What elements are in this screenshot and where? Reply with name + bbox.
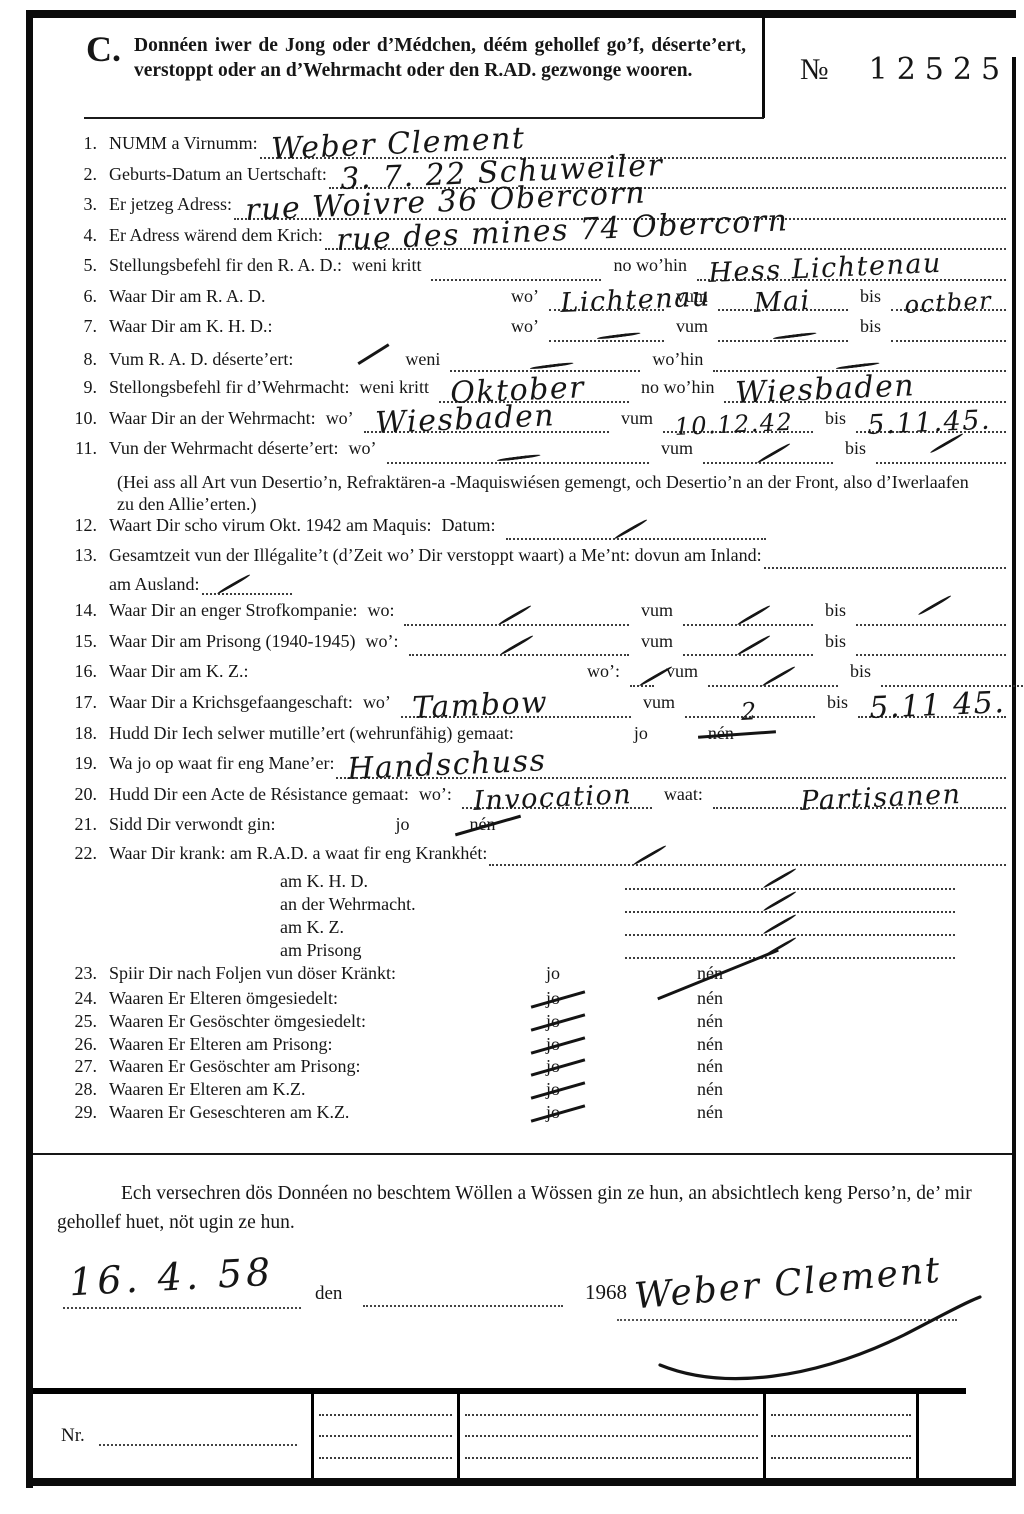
footer-dotted-line xyxy=(319,1414,452,1416)
jo-option-cell: jo xyxy=(493,988,613,1009)
answer-line: octber xyxy=(891,286,1006,317)
connector-bis: bis xyxy=(835,438,874,459)
nen-option-struck: nén xyxy=(697,963,723,984)
jo-option-cell: jo xyxy=(493,1034,613,1055)
answer-line xyxy=(856,600,1006,631)
item-number: 16. xyxy=(55,661,109,682)
form-row-23: 23.Spiir Dir nach Foljen vun döser Kränk… xyxy=(33,963,1012,988)
item-number: 1. xyxy=(55,133,109,154)
sub-item-label: am K. Z. xyxy=(280,917,490,938)
date-line xyxy=(63,1307,301,1309)
item-label: Stellungsbefehl fir den R. A. D.: xyxy=(109,255,342,276)
connector-weni-kritt: weni kritt xyxy=(342,255,430,276)
item-number: 19. xyxy=(55,753,109,774)
page-border-left xyxy=(26,10,33,1488)
dash-mark xyxy=(597,324,635,344)
form-row-6: 6. Waar Dir am R. A. D. wo’ Lichtenau vu… xyxy=(33,286,1012,317)
jo-option: jo xyxy=(396,814,410,835)
item-number: 15. xyxy=(55,631,109,652)
item-number: 22. xyxy=(55,843,109,864)
form-row-25: 25.Waaren Er Gesöschter ömgesiedelt: jo … xyxy=(33,1011,1012,1034)
form-row-14: 14. Waar Dir an enger Strofkompanie: wo:… xyxy=(33,600,1012,631)
connector-vum: vum xyxy=(651,438,701,459)
form-row-13b: am Ausland: xyxy=(33,574,1012,600)
item-number: 3. xyxy=(55,194,109,215)
answer-line: Hess Lichtenau xyxy=(697,255,1006,286)
form-row-22-sub: an der Wehrmacht. xyxy=(33,894,1012,917)
answer-line xyxy=(431,255,601,286)
checkmark xyxy=(499,608,537,628)
nen-option: nén xyxy=(613,1056,937,1077)
item-label: Waaren Er Gesöschter ömgesiedelt: xyxy=(109,1011,366,1032)
checkmark xyxy=(763,669,801,689)
connector-vum: vum xyxy=(631,631,681,652)
form-note: (Hei ass all Art vun Desertio’n, Refrakt… xyxy=(33,469,1012,515)
connector-vum: vum xyxy=(611,408,661,429)
page-border-bottom xyxy=(26,1478,1016,1486)
connector-wo: wo’: xyxy=(356,631,407,652)
form-row-7: 7. Waar Dir am K. H. D.: wo’ vum bis xyxy=(33,316,1012,347)
connector-bis: bis xyxy=(815,631,854,652)
checkmark xyxy=(931,446,969,466)
checkmark xyxy=(764,871,802,891)
dash-mark xyxy=(773,324,811,344)
connector-bis: bis xyxy=(850,286,889,307)
jo-option-struck: jo xyxy=(546,988,560,1009)
handwritten-value: Invocation xyxy=(473,781,633,815)
answer-line xyxy=(202,574,292,600)
item-label: Stellongsbefehl fir d’Wehrmacht: xyxy=(109,377,349,398)
declaration-paragraph: Ech versechren dös Donnéen no beschtem W… xyxy=(57,1179,998,1238)
item-label: Er Adress wärend dem Krich: xyxy=(109,225,323,246)
form-row-24: 24.Waaren Er Elteren ömgesiedelt: jo nén xyxy=(33,988,1012,1011)
sub-item-label: an der Wehrmacht. xyxy=(280,894,490,915)
handwritten-date: 16. 4. 58 xyxy=(68,1250,275,1305)
answer-line: 5.11 45. xyxy=(858,692,1006,723)
item-number: 26. xyxy=(55,1034,109,1055)
connector-bis: bis xyxy=(815,408,854,429)
item-label: Waar Dir an enger Strofkompanie: xyxy=(109,600,357,621)
checkmark xyxy=(634,848,672,868)
item-label: Wa jo op waat fir eng Mane’er: xyxy=(109,753,334,774)
handwritten-value: Lichtenau xyxy=(560,283,711,317)
checkmark xyxy=(738,608,776,628)
jo-option-struck: jo xyxy=(546,1034,560,1055)
jo-option-cell: jo xyxy=(493,1079,613,1100)
header-rule xyxy=(84,117,764,119)
answer-line xyxy=(625,940,955,963)
item-number: 5. xyxy=(55,255,109,276)
connector-wo: wo’: xyxy=(577,661,628,682)
checkmark xyxy=(615,522,653,542)
item-number: 21. xyxy=(55,814,109,835)
connector-wohin: wo’hin xyxy=(642,349,711,370)
form-title: Donnéen iwer de Jong oder d’Médchen, déé… xyxy=(134,33,746,84)
page-border-right xyxy=(1012,57,1016,1486)
item-label: Waar Dir a Krichsgefaangeschaft: xyxy=(109,692,353,713)
jo-option-cell: jo xyxy=(493,1011,613,1032)
checkmark xyxy=(758,446,796,466)
item-label: Waar Dir am R. A. D. xyxy=(109,286,501,307)
footer-cell xyxy=(763,1394,916,1478)
item-label-group: 25.Waaren Er Gesöschter ömgesiedelt: xyxy=(55,1011,493,1032)
form-row-12: 12. Waart Dir scho virum Okt. 1942 am Ma… xyxy=(33,515,1012,546)
item-number: 18. xyxy=(55,723,109,744)
connector-wo: wo: xyxy=(357,600,402,621)
answer-line xyxy=(708,661,838,692)
footer-cell xyxy=(311,1394,457,1478)
form-row-10: 10. Waar Dir an der Wehrmacht: wo’ Wiesb… xyxy=(33,408,1012,439)
footer-dotted-line xyxy=(771,1435,911,1437)
item-label: Waar Dir am K. H. D.: xyxy=(109,316,501,337)
answer-line xyxy=(703,438,833,469)
connector-bis: bis xyxy=(840,661,879,682)
item-number: 12. xyxy=(55,515,109,536)
answer-line xyxy=(891,316,1006,347)
item-number: 14. xyxy=(55,600,109,621)
jo-option: jo xyxy=(634,723,648,744)
form-row-5: 5. Stellungsbefehl fir den R. A. D.: wen… xyxy=(33,255,1012,286)
answer-line xyxy=(506,515,766,546)
nen-option-cell: nén xyxy=(613,963,937,984)
handwritten-value: Tambow xyxy=(412,688,549,724)
item-label: Spiir Dir nach Foljen vun döser Kränkt: xyxy=(109,963,396,984)
handwritten-value: 2 xyxy=(740,699,758,724)
answer-line: Invocation xyxy=(462,784,652,815)
answer-line xyxy=(489,843,1006,871)
form-row-15: 15. Waar Dir am Prisong (1940-1945) wo’:… xyxy=(33,631,1012,662)
jo-option-struck: jo xyxy=(546,1056,560,1077)
form-row-28: 28.Waaren Er Elteren am K.Z. jo nén xyxy=(33,1079,1012,1102)
form-row-26: 26.Waaren Er Elteren am Prisong: jo nén xyxy=(33,1034,1012,1057)
item-number: 10. xyxy=(55,408,109,429)
item-number: 7. xyxy=(55,316,109,337)
item-label: Hudd Dir een Acte de Résistance gemaat: xyxy=(109,784,409,805)
answer-line xyxy=(625,894,955,917)
answer-line xyxy=(856,631,1006,662)
answer-line xyxy=(404,600,629,631)
form-row-19: 19. Wa jo op waat fir eng Mane’er: Hands… xyxy=(33,753,1012,784)
connector-wo: wo’ xyxy=(339,438,385,459)
footer-dotted-line xyxy=(319,1435,452,1437)
nen-option: nén xyxy=(613,1034,937,1055)
item-number: 11. xyxy=(55,438,109,459)
checkmark xyxy=(764,940,802,960)
dash-mark xyxy=(497,446,535,466)
item-number: 9. xyxy=(55,377,109,398)
connector-datum: Datum: xyxy=(432,515,504,536)
answer-line: Handschuss xyxy=(336,753,1006,784)
answer-line: 2 xyxy=(685,692,815,723)
footer-table: Nr. xyxy=(33,1388,1012,1478)
item-label: Vum R. A. D. déserte’ert: xyxy=(109,349,293,370)
answer-line: 5.11.45. xyxy=(856,408,1006,439)
item-number: 2. xyxy=(55,164,109,185)
answer-line: Wiesbaden xyxy=(724,377,1006,408)
nen-option: nén xyxy=(613,1011,937,1032)
form-row-22-sub: am Prisong xyxy=(33,940,1012,963)
item-number: 8. xyxy=(55,349,109,370)
answer-line: Tambow xyxy=(401,692,631,723)
form-row-13: 13. Gesamtzeit vun der Illégalite’t (d’Z… xyxy=(33,545,1012,574)
footer-dotted-line xyxy=(771,1414,911,1416)
page-border-top xyxy=(26,10,1016,18)
nen-option-struck: nén xyxy=(708,723,734,744)
checkmark xyxy=(764,894,802,914)
nr-label: Nr. xyxy=(61,1425,85,1447)
nen-option-struck: nén xyxy=(470,814,496,835)
connector-waat: waat: xyxy=(654,784,711,805)
handwritten-value: 10.12.42 xyxy=(674,410,794,439)
item-number: 23. xyxy=(55,963,109,984)
connector-wo: wo’ xyxy=(501,316,547,337)
answer-line xyxy=(683,600,813,631)
handwritten-value: Hess Lichtenau xyxy=(708,249,943,286)
item-label-group: 29.Waaren Er Geseschteren am K.Z. xyxy=(55,1102,493,1123)
checkmark xyxy=(919,608,957,628)
item-label: Waar Dir am Prisong (1940-1945) xyxy=(109,631,356,652)
sub-item-label: am K. H. D. xyxy=(280,871,490,892)
footer-dotted-line xyxy=(465,1435,758,1437)
footer-dotted-line xyxy=(319,1457,452,1459)
item-number: 28. xyxy=(55,1079,109,1100)
form-row-22-sub: am K. H. D. xyxy=(33,871,1012,894)
item-number: 17. xyxy=(55,692,109,713)
form-row-22-sub: am K. Z. xyxy=(33,917,1012,940)
checkmark xyxy=(218,577,256,597)
answer-line xyxy=(387,438,649,469)
item-label: NUMM a Virnumm: xyxy=(109,133,258,154)
jo-option: jo xyxy=(493,963,613,984)
connector-wo: wo’ xyxy=(316,408,362,429)
item-number: 24. xyxy=(55,988,109,1009)
handwritten-value: Handschuss xyxy=(347,746,547,785)
form-row-27: 27.Waaren Er Gesöschter am Prisong: jo n… xyxy=(33,1056,1012,1079)
answer-line xyxy=(409,631,629,662)
footer-nr-cell: Nr. xyxy=(33,1394,311,1478)
item-label: Waar Dir an der Wehrmacht: xyxy=(109,408,316,429)
checkmark xyxy=(501,638,539,658)
jo-option-struck: jo xyxy=(546,1079,560,1100)
signature-flourish xyxy=(654,1295,984,1391)
item-number: 6. xyxy=(55,286,109,307)
answer-line xyxy=(876,438,1006,469)
answer-line: Lichtenau xyxy=(549,286,664,317)
item-label-group: 23.Spiir Dir nach Foljen vun döser Kränk… xyxy=(55,963,493,984)
item-number: 4. xyxy=(55,225,109,246)
item-label: Waar Dir am K. Z.: xyxy=(109,661,577,682)
den-label: den xyxy=(315,1283,342,1305)
form-row-17: 17. Waar Dir a Krichsgefaangeschaft: wo’… xyxy=(33,692,1012,723)
form-body: 1. NUMM a Virnumm: Weber Clement 2. Gebu… xyxy=(33,133,1012,1393)
item-number: 25. xyxy=(55,1011,109,1032)
footer-dotted-line xyxy=(771,1457,911,1459)
numero-symbol: № xyxy=(800,53,829,87)
item-label: Geburts-Datum an Uertschaft: xyxy=(109,164,327,185)
item-number: 29. xyxy=(55,1102,109,1123)
item-number: 27. xyxy=(55,1056,109,1077)
connector-bis: bis xyxy=(850,316,889,337)
handwritten-value: octber xyxy=(903,288,992,317)
item-label: Waaren Er Elteren ömgesiedelt: xyxy=(109,988,338,1009)
item-label-group: 24.Waaren Er Elteren ömgesiedelt: xyxy=(55,988,493,1009)
item-label: Sidd Dir verwondt gin: xyxy=(109,814,276,835)
item-label-group: 28.Waaren Er Elteren am K.Z. xyxy=(55,1079,493,1100)
handwritten-value: Partisanen xyxy=(800,781,962,815)
item-label: Waart Dir scho virum Okt. 1942 am Maquis… xyxy=(109,515,432,536)
footer-table-columns: Nr. xyxy=(33,1394,1012,1478)
answer-line xyxy=(625,917,955,940)
connector-bis: bis xyxy=(817,692,856,713)
connector-vum: vum xyxy=(633,692,683,713)
date-signature-block: 16. 4. 58 den 1968 Weber Clement xyxy=(33,1243,1012,1393)
handwritten-value: Wiesbaden xyxy=(374,401,555,439)
handwritten-value: 5.11 45. xyxy=(869,688,1006,724)
date-line xyxy=(363,1305,563,1307)
connector-vum: vum xyxy=(666,316,716,337)
header-divider xyxy=(762,18,765,118)
connector-wo: wo’: xyxy=(409,784,460,805)
handwritten-value: Mai xyxy=(753,287,811,317)
answer-line xyxy=(718,316,848,347)
nr-line xyxy=(99,1443,297,1446)
answer-line xyxy=(549,316,664,347)
item-label-group: 26.Waaren Er Elteren am Prisong: xyxy=(55,1034,493,1055)
answer-line xyxy=(625,871,955,894)
item-label: Gesamtzeit vun der Illégalite’t (d’Zeit … xyxy=(109,545,762,566)
answer-line: Mai xyxy=(718,286,848,317)
footer-cell xyxy=(457,1394,763,1478)
form-row-22: 22. Waar Dir krank: am R.A.D. a waat fir… xyxy=(33,843,1012,871)
item-label: Waaren Er Geseschteren am K.Z. xyxy=(109,1102,349,1123)
jo-option-struck: jo xyxy=(546,1102,560,1123)
checkmark xyxy=(764,917,802,937)
jo-option-struck: jo xyxy=(546,1011,560,1032)
form-row-20: 20. Hudd Dir een Acte de Résistance gema… xyxy=(33,784,1012,815)
sub-item-label: am Prisong xyxy=(280,940,490,961)
form-number-box: № 12525 xyxy=(800,52,1009,87)
answer-line: Partisanen xyxy=(713,784,1006,815)
connector-weni-kritt: weni kritt xyxy=(349,377,437,398)
connector-weni: weni xyxy=(395,349,448,370)
item-label-group: 27.Waaren Er Gesöschter am Prisong: xyxy=(55,1056,493,1077)
answer-line xyxy=(764,545,1006,574)
answer-line: 10.12.42 xyxy=(663,408,813,439)
section-letter: C. xyxy=(86,28,121,70)
form-number-value: 12525 xyxy=(869,52,1009,87)
item-label: Er jetzeg Adress: xyxy=(109,194,232,215)
connector-no-wohin: no wo’hin xyxy=(603,255,695,276)
checkmark xyxy=(738,638,776,658)
answer-line xyxy=(630,661,654,692)
item-label: Waaren Er Gesöschter am Prisong: xyxy=(109,1056,360,1077)
checkmark xyxy=(640,669,678,689)
footer-dotted-line xyxy=(465,1414,758,1416)
connector-bis: bis xyxy=(815,600,854,621)
item-number: 13. xyxy=(55,545,109,566)
nen-option: nén xyxy=(613,1102,937,1123)
handwritten-value: Wiesbaden xyxy=(735,371,916,409)
handwritten-value: 5.11.45. xyxy=(867,407,992,439)
connector-vum: vum xyxy=(631,600,681,621)
item-label: Waar Dir krank: am R.A.D. a waat fir eng… xyxy=(109,843,487,864)
answer-line: Wiesbaden xyxy=(364,408,609,439)
scanned-form-page: C. Donnéen iwer de Jong oder d’Médchen, … xyxy=(0,0,1024,1514)
item-label: Waaren Er Elteren am K.Z. xyxy=(109,1079,305,1100)
connector-no-wohin: no wo’hin xyxy=(631,377,723,398)
item-label: Waaren Er Elteren am Prisong: xyxy=(109,1034,332,1055)
item-label: Vun der Wehrmacht déserte’ert: xyxy=(109,438,339,459)
jo-option-cell: jo xyxy=(493,1056,613,1077)
section-separator xyxy=(33,1153,1012,1155)
form-row-11: 11. Vun der Wehrmacht déserte’ert: wo’ v… xyxy=(33,438,1012,469)
connector-wo: wo’ xyxy=(353,692,399,713)
checkmark xyxy=(359,347,395,365)
jo-option-cell: jo xyxy=(493,1102,613,1123)
item-label: Hudd Dir Iech selwer mutille’ert (wehrun… xyxy=(109,723,514,744)
footer-dotted-line xyxy=(465,1457,758,1459)
item-number: 20. xyxy=(55,784,109,805)
nen-option: nén xyxy=(613,1079,937,1100)
form-row-29: 29.Waaren Er Geseschteren am K.Z. jo nén xyxy=(33,1102,1012,1125)
footer-cell-empty xyxy=(916,1394,1012,1478)
item-label: am Ausland: xyxy=(109,574,200,595)
connector-wo: wo’ xyxy=(501,286,547,307)
printed-year: 1968 xyxy=(585,1280,627,1305)
answer-line xyxy=(683,631,813,662)
form-row-21: 21. Sidd Dir verwondt gin: jo nén xyxy=(33,814,1012,843)
